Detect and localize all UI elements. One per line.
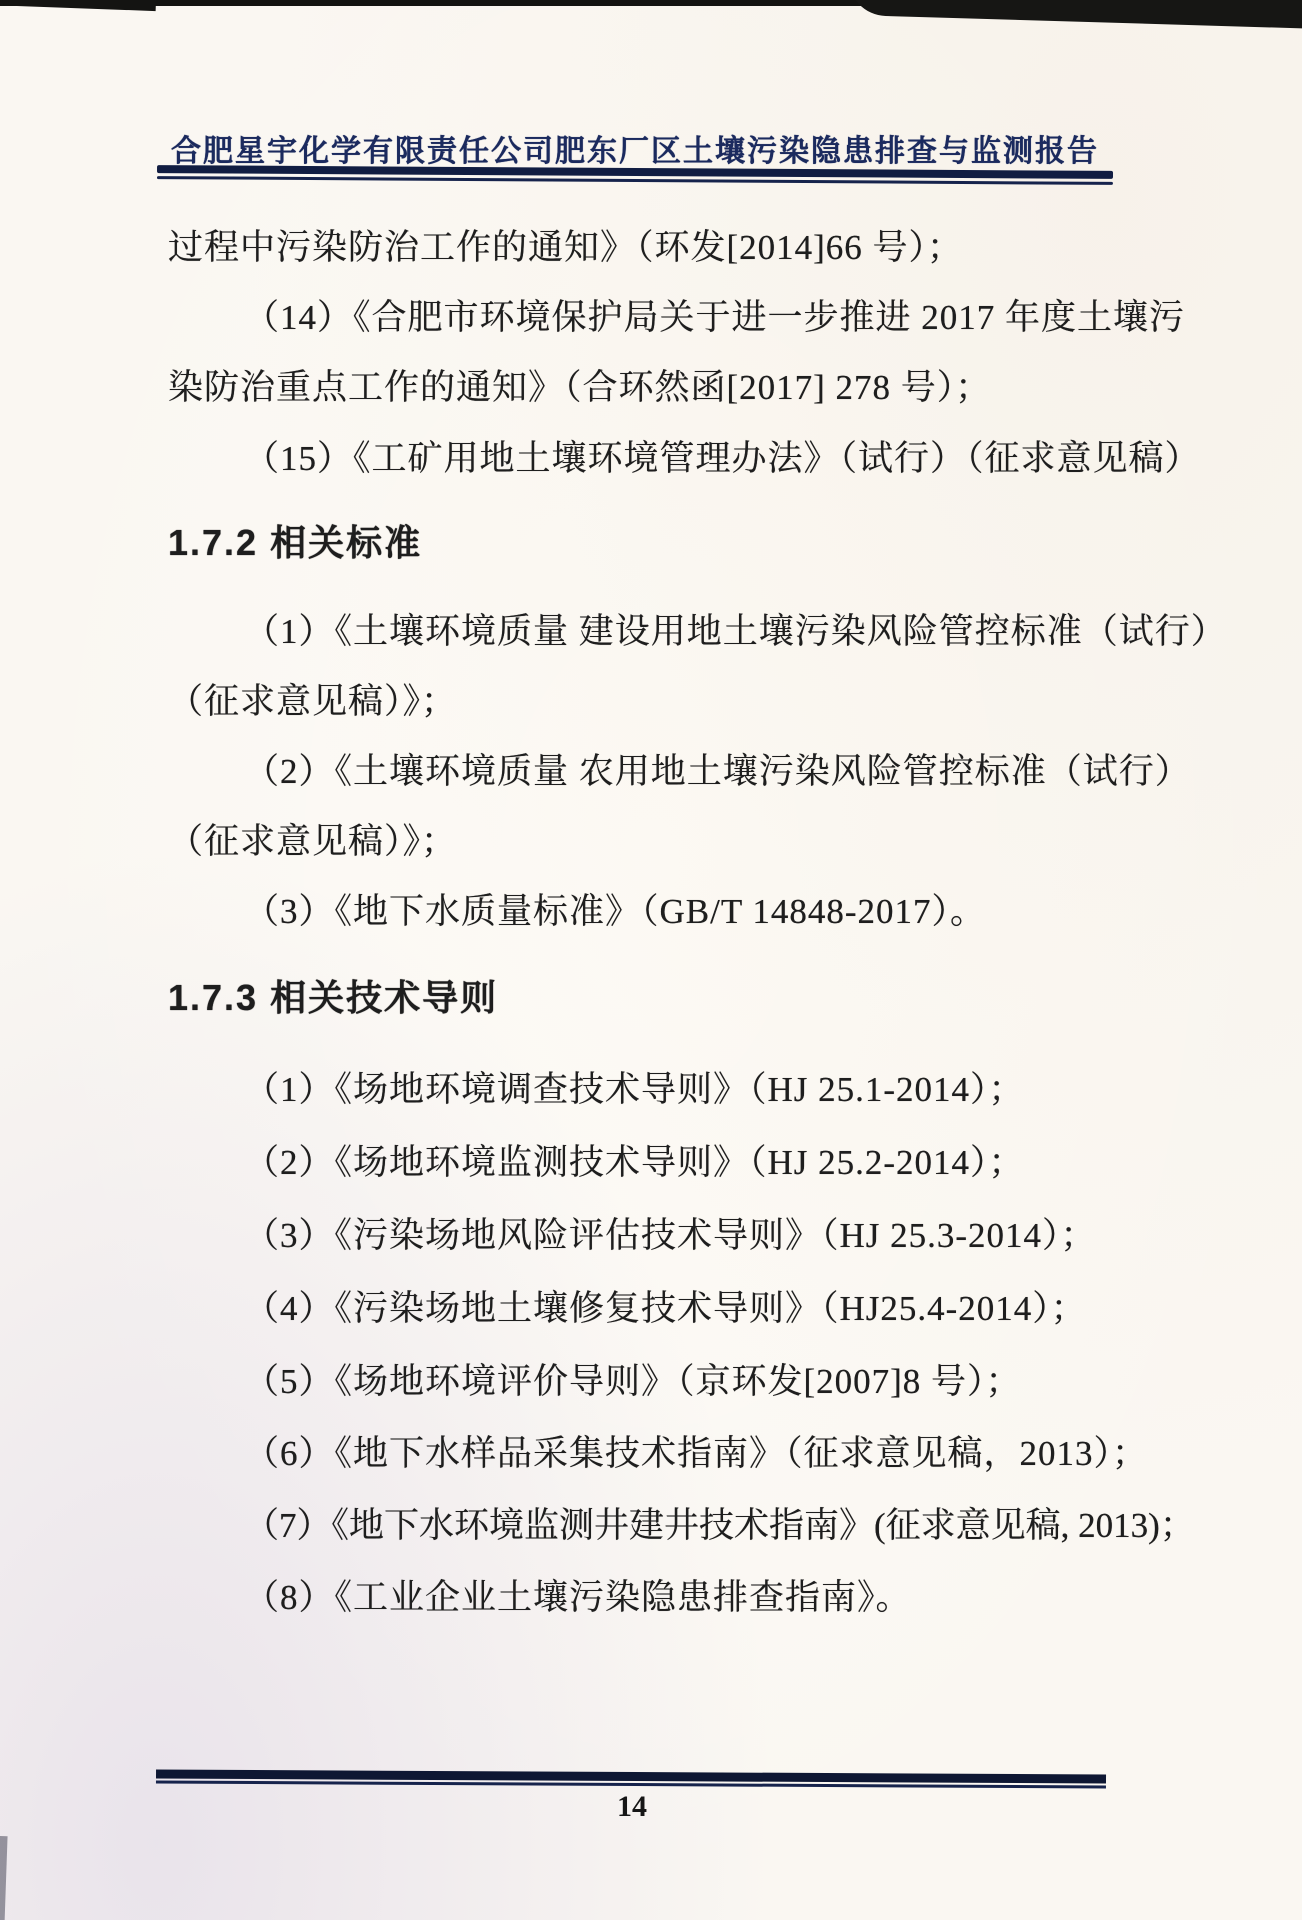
paragraph-line: （2）《土壤环境质量 农用地土壤污染风险管控标准（试行） <box>168 744 1204 794</box>
paragraph-line: （2）《场地环境监测技术导则》（HJ 25.2-2014）； <box>168 1135 1204 1185</box>
scanned-report-page: 合肥星宇化学有限责任公司肥东厂区土壤污染隐患排查与监测报告 过程中污染防治工作的… <box>0 0 1302 1920</box>
section-heading-1-7-2: 1.7.2 相关标准 <box>168 515 1128 566</box>
paragraph-line: （征求意见稿）》； <box>168 674 1128 724</box>
paragraph-line: （3）《地下水质量标准》（GB/T 14848-2017）。 <box>168 884 1204 934</box>
paragraph-line: （4）《污染场地土壤修复技术导则》（HJ25.4-2014）； <box>168 1281 1204 1331</box>
page-number: 14 <box>157 1790 1107 1824</box>
paragraph-line: （1）《场地环境调查技术导则》（HJ 25.1-2014）； <box>168 1062 1204 1112</box>
paragraph-line: （1）《土壤环境质量 建设用地土壤污染风险管控标准（试行） <box>168 604 1204 654</box>
section-heading-1-7-3: 1.7.3 相关技术导则 <box>168 970 1128 1021</box>
paragraph-line: （3）《污染场地风险评估技术导则》（HJ 25.3-2014）； <box>168 1208 1204 1258</box>
paragraph-line: （14）《合肥市环境保护局关于进一步推进 2017 年度土壤污 <box>168 290 1204 340</box>
paragraph-line: （5）《场地环境评价导则》（京环发[2007]8 号）； <box>168 1354 1204 1404</box>
paragraph-line: （征求意见稿）》； <box>168 814 1128 864</box>
paragraph-line: （15）《工矿用地土壤环境管理办法》（试行）（征求意见稿） <box>168 431 1204 481</box>
document-body: 过程中污染防治工作的通知》（环发[2014]66 号）； （14）《合肥市环境保… <box>0 0 1302 1920</box>
paragraph-line: 过程中污染防治工作的通知》（环发[2014]66 号）； <box>168 220 1128 270</box>
paragraph-line: 染防治重点工作的通知》（合环然函[2017] 278 号）； <box>168 360 1128 410</box>
paragraph-line: （6）《地下水样品采集技术指南》（征求意见稿，2013）； <box>168 1426 1204 1476</box>
paragraph-line: （8）《工业企业土壤污染隐患排查指南》。 <box>168 1570 1204 1620</box>
paragraph-line: （7）《地下水环境监测井建井技术指南》(征求意见稿, 2013)； <box>168 1498 1204 1548</box>
